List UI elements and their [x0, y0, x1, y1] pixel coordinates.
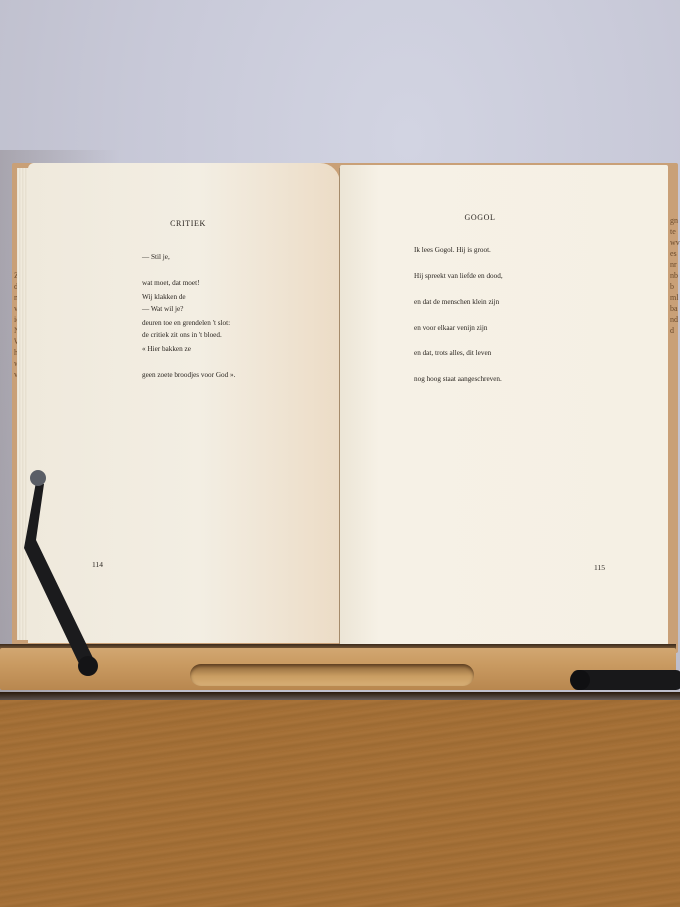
cover-print-right: gntewvesnrnbbmlbandd	[670, 215, 680, 336]
poem-title: CRITIEK	[148, 219, 228, 228]
stanza-2: Wij klakken de deuren toe en grendelen '…	[142, 276, 235, 396]
verse-line: geen zoete broodjes voor God ».	[142, 371, 235, 380]
verse-line: Hij spreekt van liefde en dood,	[414, 272, 503, 281]
poem-title: GOGOL	[440, 213, 520, 222]
stanza-1: Ik lees Gogol. Hij is groot. Hij spreekt…	[414, 229, 503, 401]
wooden-table	[0, 700, 680, 907]
page-holder-arm-right[interactable]	[566, 666, 680, 694]
verse-line: « Hier bakken ze	[142, 345, 235, 354]
screw-icon	[78, 656, 98, 676]
page-holder-arm-left[interactable]	[22, 470, 112, 685]
verse-line: en dat de menschen klein zijn	[414, 298, 503, 307]
right-page: GOGOL Ik lees Gogol. Hij is groot. Hij s…	[340, 165, 668, 657]
verse-line: Wij klakken de	[142, 293, 235, 302]
clip-head-icon	[30, 470, 46, 486]
screw-icon	[570, 670, 590, 690]
verse-line: — Stil je,	[142, 253, 222, 262]
verse-line: Ik lees Gogol. Hij is groot.	[414, 246, 503, 255]
page-number: 115	[594, 563, 605, 572]
stand-slot	[190, 664, 474, 686]
verse-line: nog hoog staat aangeschreven.	[414, 375, 503, 384]
verse-line: en voor elkaar venijn zijn	[414, 324, 503, 333]
verse-line: deuren toe en grendelen 't slot:	[142, 319, 235, 328]
verse-line: en dat, trots alles, dit leven	[414, 349, 503, 358]
